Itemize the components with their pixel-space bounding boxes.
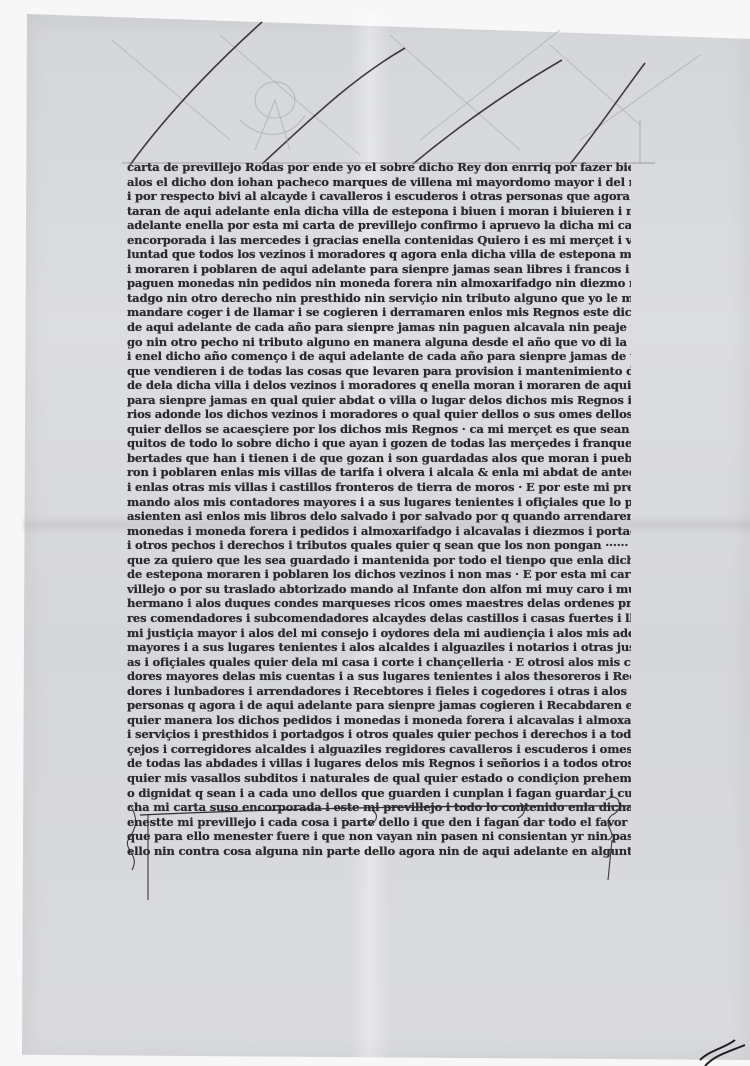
text-line: taran de aqui adelante enla dicha villa … (127, 204, 631, 219)
text-line: i otros pechos i derechos i tributos qua… (127, 538, 631, 553)
text-line: monedas i moneda forera i pedidos i almo… (127, 524, 631, 539)
text-line: de todas las abdades i villas i lugares … (127, 756, 631, 771)
text-line: i por respecto bivi al alcayde i cavalle… (127, 189, 631, 204)
text-line: quier mis vasallos subditos i naturales … (127, 771, 631, 786)
text-line: de dela dicha villa i delos vezinos i mo… (127, 378, 631, 393)
text-line: dores mayores delas mis cuentas i a sus … (127, 669, 631, 684)
text-line: çejos i corregidores alcaldes i alguazil… (127, 742, 631, 757)
text-line: carta de previllejo Rodas por ende yo el… (127, 160, 631, 175)
text-line: mayores i a sus lugares tenientes i alos… (127, 640, 631, 655)
text-line: mando alos mis contadores mayores i a su… (127, 495, 631, 510)
text-line: rios adonde los dichos vezinos i morador… (127, 407, 631, 422)
text-line: alos el dicho don iohan pacheco marques … (127, 175, 631, 190)
text-line: dores i lunbadores i arrendadores i Rece… (127, 684, 631, 699)
text-line: enestte mi previllejo i cada cosa i part… (127, 815, 631, 830)
text-line: personas q agora i de aqui adelante para… (127, 698, 631, 713)
text-line: o dignidat q sean i a cada uno dellos qu… (127, 786, 631, 801)
text-line: villejo o por su traslado abtorizado man… (127, 582, 631, 597)
text-line: encorporada i las mercedes i gracias ene… (127, 233, 631, 248)
text-line: que za quiero que les sea guardado i man… (127, 553, 631, 568)
text-line: i enel dicho año començo i de aqui adela… (127, 349, 631, 364)
text-line: i enlas otras mis villas i castillos fro… (127, 480, 631, 495)
text-line: quier manera los dichos pedidos i moneda… (127, 713, 631, 728)
text-line: quitos de todo lo sobre dicho i que ayan… (127, 436, 631, 451)
text-line: de aqui adelante de cada año para sienpr… (127, 320, 631, 335)
text-line: bertades que han i tienen i de que gozan… (127, 451, 631, 466)
text-line: quier dellos se acaesçiere por los dicho… (127, 422, 631, 437)
charter-text-block: carta de previllejo Rodas por ende yo el… (127, 160, 631, 858)
text-line: adelante enella por esta mi carta de pre… (127, 218, 631, 233)
text-line: luntad que todos los vezinos i moradores… (127, 247, 631, 262)
text-line: de estepona moraren i poblaren los dicho… (127, 567, 631, 582)
text-line: i moraren i poblaren de aqui adelante pa… (127, 262, 631, 277)
text-line: mi justiçia mayor i alos del mi consejo … (127, 626, 631, 641)
text-line: paguen monedas nin pedidos nin moneda fo… (127, 276, 631, 291)
text-line: para sienpre jamas en qual quier abdat o… (127, 393, 631, 408)
text-line: cha mi carta suso encorporada i este mi … (127, 800, 631, 815)
text-line: que para ello menester fuere i que non v… (127, 829, 631, 844)
text-line: hermano i alos duques condes marqueses r… (127, 596, 631, 611)
text-line: i serviçios i presthidos i portadgos i o… (127, 727, 631, 742)
text-line: ron i poblaren enlas mis villas de tarif… (127, 465, 631, 480)
text-line: ello nin contra cosa alguna nin parte de… (127, 844, 631, 859)
text-line: res comendadores i subcomendadores alcay… (127, 611, 631, 626)
text-line: asienten asi enlos mis libros delo salva… (127, 509, 631, 524)
text-line: go nin otro pecho ni tributo alguno en m… (127, 335, 631, 350)
text-line: as i ofiçiales quales quier dela mi casa… (127, 655, 631, 670)
text-line: mandare coger i de llamar i se cogieren … (127, 305, 631, 320)
text-line: tadgo nin otro derecho nin presthido nin… (127, 291, 631, 306)
text-line: que vendieren i de todas las cosas que l… (127, 364, 631, 379)
